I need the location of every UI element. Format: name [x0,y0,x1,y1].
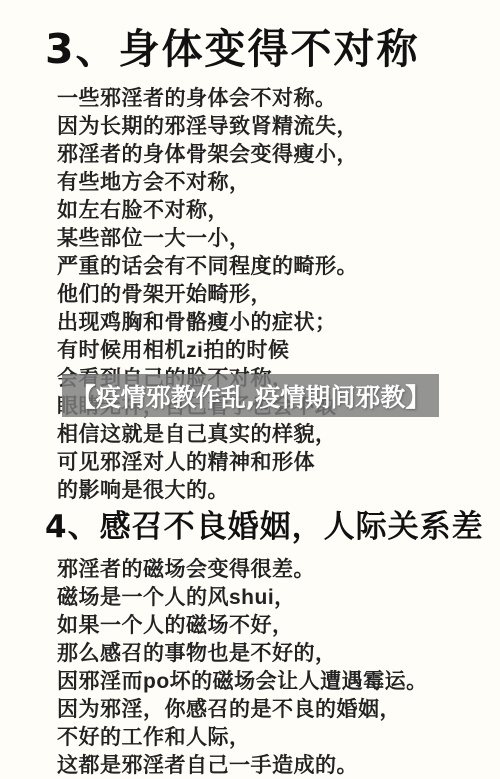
text-line: 不好的工作和人际， [57,724,490,752]
text-poster: 3、身体变得不对称 一些邪淫者的身体会不对称。因为长期的邪淫导致肾精流失，邪淫者… [0,0,500,779]
section-3-lines: 一些邪淫者的身体会不对称。因为长期的邪淫导致肾精流失，邪淫者的身体骨架会变得瘦小… [57,85,490,505]
text-line: 出现鸡胸和骨骼瘦小的症状； [57,309,490,337]
text-line: 如果一个人的磁场不好， [57,612,490,640]
text-line: 因为长期的邪淫导致肾精流失， [57,113,490,141]
section-3-heading: 3、身体变得不对称 [45,26,500,73]
text-line: 严重的话会有不同程度的畸形。 [57,253,490,281]
watermark-text: 【疫情邪教作乱,疫情期间邪教】 [71,378,431,414]
section-4-lines: 邪淫者的磁场会变得很差。磁场是一个人的风shui，如果一个人的磁场不好，那么感召… [57,556,490,779]
text-line: 磁场是一个人的风shui， [57,584,490,612]
text-line: 邪淫者的磁场会变得很差。 [57,556,490,584]
text-line: 因为邪淫，你感召的是不良的婚姻， [57,696,490,724]
text-line: 邪淫者的身体骨架会变得瘦小， [57,141,490,169]
text-line: 他们的骨架开始畸形， [57,281,490,309]
text-line: 这都是邪淫者自己一手造成的。 [57,752,490,779]
text-line: 可见邪淫对人的精神和形体 [57,449,490,477]
text-line: 如左右脸不对称， [57,197,490,225]
section-3: 3、身体变得不对称 一些邪淫者的身体会不对称。因为长期的邪淫导致肾精流失，邪淫者… [0,26,500,505]
text-line: 相信这就是自己真实的样貌， [57,421,490,449]
text-line: 那么感召的事物也是不好的， [57,640,490,668]
watermark-overlay: 【疫情邪教作乱,疫情期间邪教】 [62,374,439,417]
text-line: 因邪淫而po坏的磁场会让人遭遇霉运。 [57,668,490,696]
text-line: 某些部位一大一小， [57,225,490,253]
text-line: 有时候用相机zi拍的时候 [57,337,490,365]
text-line: 一些邪淫者的身体会不对称。 [57,85,490,113]
text-line: 有些地方会不对称， [57,169,490,197]
text-line: 的影响是很大的。 [57,477,490,505]
section-4: 4、感召不良婚姻，人际关系差 邪淫者的磁场会变得很差。磁场是一个人的风shui，… [0,510,500,779]
section-4-heading: 4、感召不良婚姻，人际关系差 [45,510,500,546]
